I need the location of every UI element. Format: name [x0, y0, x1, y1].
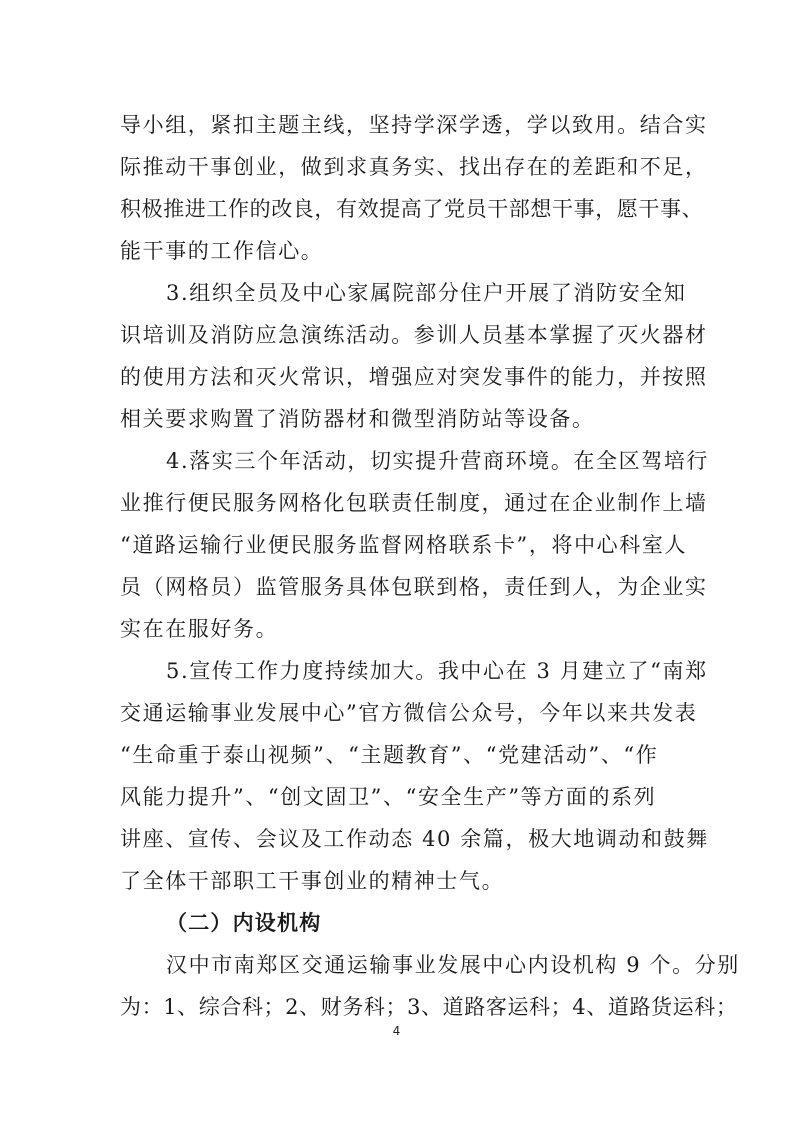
paragraph-continuation: 导小组，紧扣主题主线，坚持学深学透，学以致用。结合实 际推动干事创业，做到求真务… [120, 104, 680, 272]
text-line: 实在在服好务。 [120, 608, 680, 650]
text-line: 相关要求购置了消防器材和微型消防站等设备。 [120, 398, 680, 440]
text-line: 交通运输事业发展中心”官方微信公众号，今年以来共发表 [120, 692, 680, 734]
text-line: 业推行便民服务网格化包联责任制度，通过在企业制作上墙 [120, 482, 680, 524]
text-line: 汉中市南郑区交通运输事业发展中心内设机构 9 个。分别 [120, 944, 680, 986]
text-line: 5.宣传工作力度持续加大。我中心在 3 月建立了“南郑 [120, 650, 680, 692]
text-line: 3.组织全员及中心家属院部分住户开展了消防安全知 [120, 272, 680, 314]
text-line: 员（网格员）监管服务具体包联到格，责任到人，为企业实 [120, 566, 680, 608]
document-page: 导小组，紧扣主题主线，坚持学深学透，学以致用。结合实 际推动干事创业，做到求真务… [0, 0, 793, 1122]
text-line: 风能力提升”、“创文固卫”、“安全生产”等方面的系列 [120, 776, 680, 818]
paragraph-internal-departments: 汉中市南郑区交通运输事业发展中心内设机构 9 个。分别 为：1、综合科；2、财务… [120, 944, 680, 1028]
text-line: 的使用方法和灭火常识，增强应对突发事件的能力，并按照 [120, 356, 680, 398]
document-body: 导小组，紧扣主题主线，坚持学深学透，学以致用。结合实 际推动干事创业，做到求真务… [120, 104, 680, 1028]
text-line: 导小组，紧扣主题主线，坚持学深学透，学以致用。结合实 [120, 104, 680, 146]
text-line: 际推动干事创业，做到求真务实、找出存在的差距和不足， [120, 146, 680, 188]
section-heading: （二）内设机构 [120, 902, 680, 944]
text-line: 为：1、综合科；2、财务科；3、道路客运科；4、道路货运科； [120, 986, 680, 1028]
page-number: 4 [0, 1024, 793, 1038]
paragraph-item-4: 4.落实三个年活动，切实提升营商环境。在全区驾培行 业推行便民服务网格化包联责任… [120, 440, 680, 650]
text-line: 4.落实三个年活动，切实提升营商环境。在全区驾培行 [120, 440, 680, 482]
paragraph-item-3: 3.组织全员及中心家属院部分住户开展了消防安全知 识培训及消防应急演练活动。参训… [120, 272, 680, 440]
text-line: 识培训及消防应急演练活动。参训人员基本掌握了灭火器材 [120, 314, 680, 356]
text-line: “生命重于泰山视频”、“主题教育”、“党建活动”、“作 [120, 734, 680, 776]
paragraph-item-5: 5.宣传工作力度持续加大。我中心在 3 月建立了“南郑 交通运输事业发展中心”官… [120, 650, 680, 902]
text-line: 积极推进工作的改良，有效提高了党员干部想干事，愿干事、 [120, 188, 680, 230]
text-line: 讲座、宣传、会议及工作动态 40 余篇，极大地调动和鼓舞 [120, 818, 680, 860]
text-line: 了全体干部职工干事创业的精神士气。 [120, 860, 680, 902]
text-line: “道路运输行业便民服务监督网格联系卡”，将中心科室人 [120, 524, 680, 566]
text-line: 能干事的工作信心。 [120, 230, 680, 272]
